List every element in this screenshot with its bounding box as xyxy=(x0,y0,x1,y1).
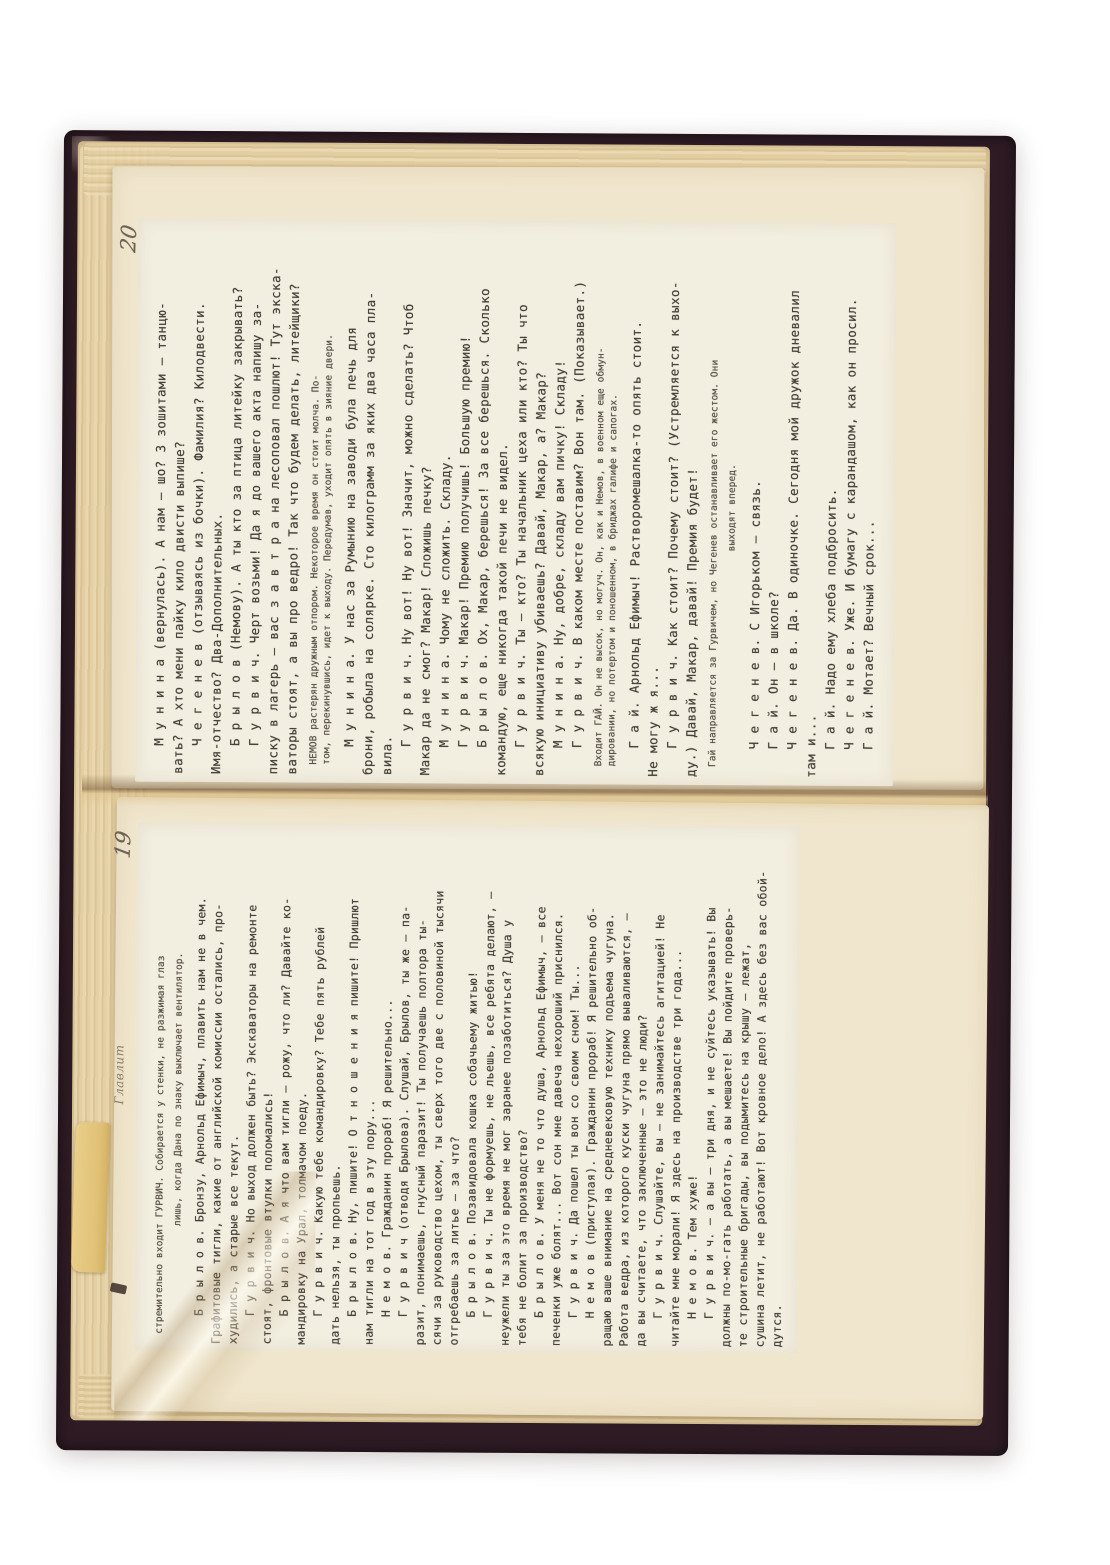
typescript-line: Г а й. Мотает? Вечный срок... xyxy=(858,239,880,778)
typescript-line: дутся. xyxy=(769,838,789,1347)
typescript-line: ду.) Давай, Макар, давай! Премия будет! xyxy=(681,238,703,777)
margin-note-text: Главлит xyxy=(112,990,131,1104)
typescript-line: Ч е г е н е в. Да. В одиночке. Сегодня м… xyxy=(782,239,804,778)
handwritten-page-number-20: 20 xyxy=(116,223,141,254)
typescript-line: дировании, но потертом и поношенном, в б… xyxy=(605,237,621,776)
typescript-line: том, перекинувшись, идет к выходу. Перед… xyxy=(320,236,336,775)
page-19-typescript: стремительно входит ГУРВИЧ. Собирается у… xyxy=(135,823,800,1354)
typescript-line: брони, робыла на солярке. Сто килограмм … xyxy=(358,236,380,775)
open-book: М у н и н а (вернулась). А нам — шо? З з… xyxy=(56,130,1016,1456)
typescript-line: Гай направляется за Гурвичем, но Чегенев… xyxy=(706,238,722,777)
typescript-line: сушина летит, не работают! Вот кровное д… xyxy=(752,838,772,1347)
page-19-text-region: стремительно входит ГУРВИЧ. Собирается у… xyxy=(135,823,800,1354)
page-20-text-region: М у н и н а (вернулась). А нам — шо? З з… xyxy=(135,219,896,787)
handwritten-page-number-19: 19 xyxy=(111,829,136,860)
typescript-line: ваторы стоят, а вы про ведро! Так что бу… xyxy=(282,235,304,774)
typescript-line: выходят вперед. xyxy=(724,238,740,777)
page-20-typescript: М у н и н а (вернулась). А нам — шо? З з… xyxy=(135,219,896,787)
margin-note-region: Главлит xyxy=(112,990,131,1104)
typescript-line: стремительно входит ГУРВИЧ. Собирается у… xyxy=(153,835,169,1344)
typescript-line: Г у р в и ч. В каком месте поставим? Вон… xyxy=(567,237,589,776)
torn-bookmark-tab xyxy=(71,1122,110,1273)
typescript-line: лишь, когда Дана по знаку выключает вент… xyxy=(171,835,187,1344)
